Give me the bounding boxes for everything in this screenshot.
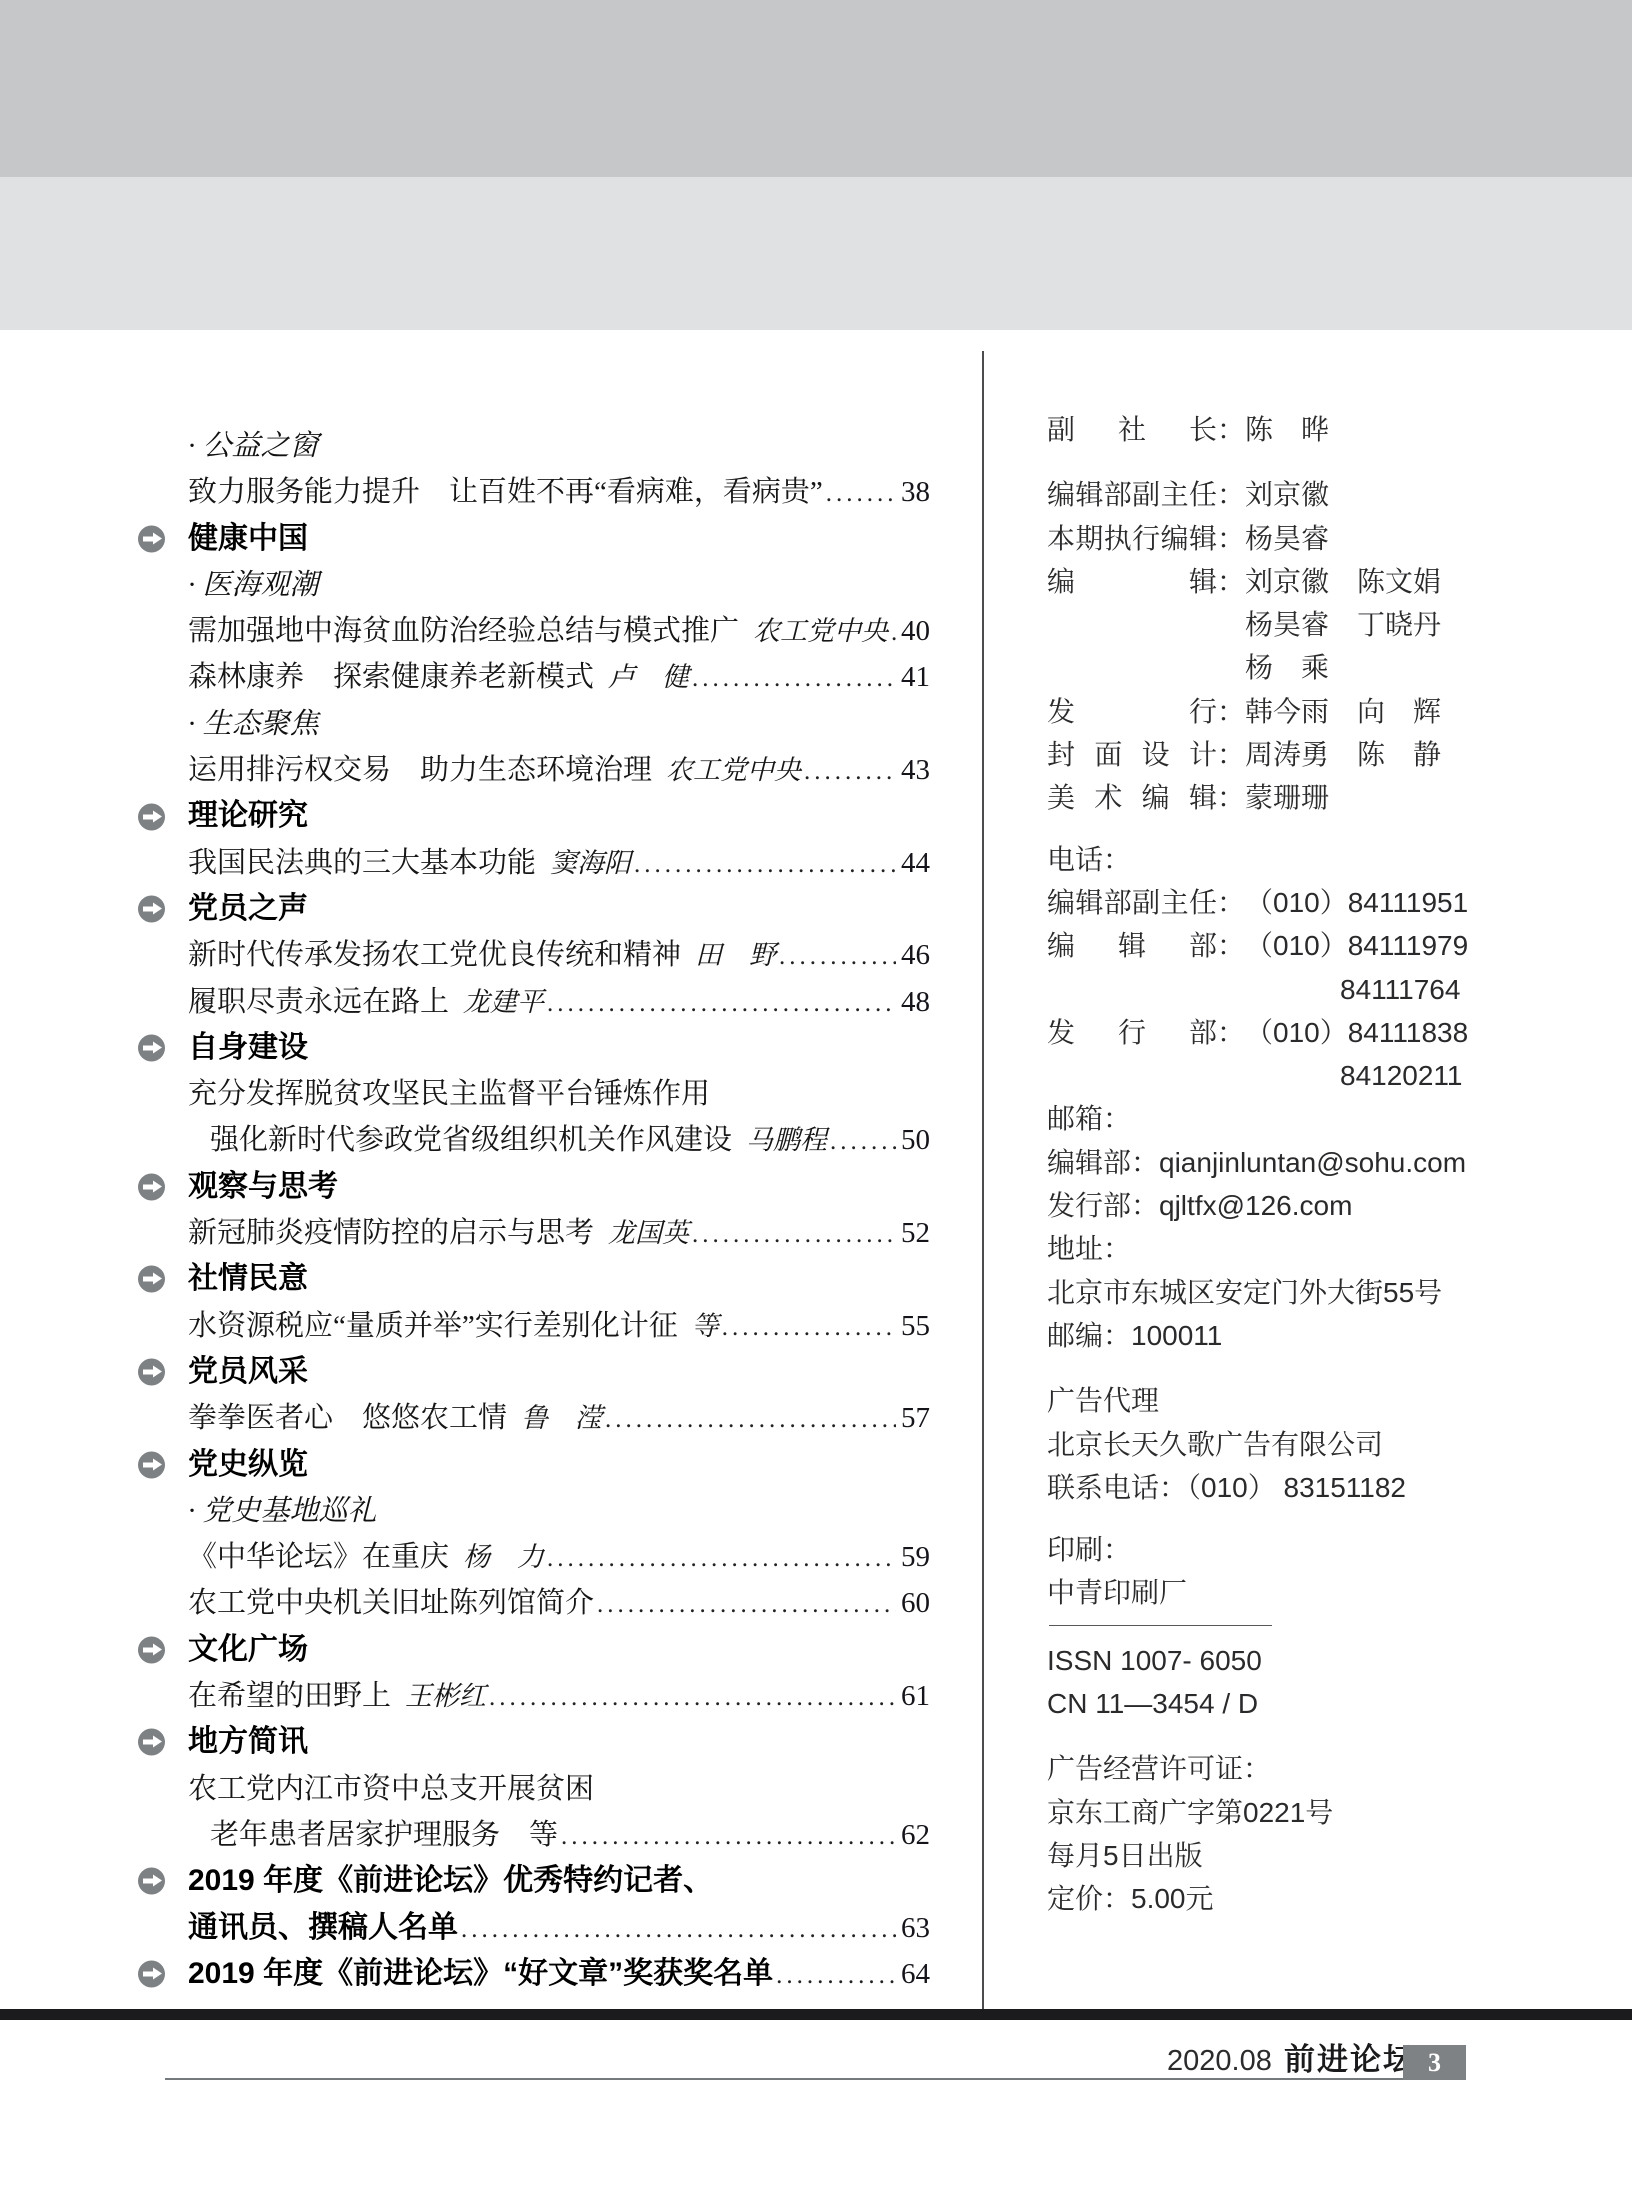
toc-article-title: 在希望的田野上 <box>188 1673 391 1719</box>
dot-leader <box>722 1305 896 1351</box>
toc-section-title: 社情民意 <box>188 1256 308 1302</box>
toc-article-author: 王彬红 <box>405 1673 486 1719</box>
toc-section-title: 党员风采 <box>188 1349 308 1395</box>
toc-row: 党员之声 <box>188 886 930 932</box>
toc-row: · 生态聚焦 <box>188 701 930 747</box>
masthead-line: ISSN 1007- 6050 <box>1047 1639 1607 1682</box>
masthead-line: 电话： <box>1047 838 1607 881</box>
toc-article-author: 龙建平 <box>463 979 544 1025</box>
toc-page-number: 48 <box>901 979 930 1025</box>
toc-article-title: 履职尽责永远在路上 <box>188 979 449 1025</box>
toc-page-number: 44 <box>901 840 930 886</box>
dot-leader <box>826 471 896 517</box>
toc-row: 需加强地中海贫血防治经验总结与模式推广农工党中央40 <box>188 608 930 654</box>
masthead-value: 韩今雨 向 辉 <box>1245 690 1441 733</box>
toc-row: 通讯员、撰稿人名单63 <box>188 1905 930 1951</box>
toc-row: 在希望的田野上王彬红61 <box>188 1673 930 1719</box>
toc-article-title: 老年患者居家护理服务 等 <box>210 1812 558 1858</box>
spacer <box>1047 451 1607 473</box>
masthead-value: 陈 晔 <box>1245 408 1329 451</box>
arrow-right-circle-icon <box>138 1173 165 1200</box>
masthead-line: 编辑部：（010）84111979 <box>1047 924 1607 967</box>
masthead-line: 定价：5.00元 <box>1047 1877 1607 1920</box>
masthead-value: 周涛勇 陈 静 <box>1245 733 1441 776</box>
dot-leader <box>830 1119 896 1165</box>
masthead-line: 杨昊睿 丁晓丹 <box>1047 603 1607 646</box>
dot-leader <box>605 1397 896 1443</box>
masthead-line: 本期执行编辑：杨昊睿 <box>1047 517 1607 560</box>
arrow-right-circle-icon <box>138 803 165 830</box>
masthead-value: （010）84111951 <box>1245 881 1468 924</box>
masthead-value: 刘京徽 陈文娟 <box>1245 560 1441 603</box>
spacer <box>1047 1509 1607 1528</box>
masthead-line: 美术编辑：蒙珊珊 <box>1047 776 1607 819</box>
footer-issue-date: 2020.08 <box>1167 2044 1272 2078</box>
toc-row: · 医海观潮 <box>188 562 930 608</box>
masthead-value: 蒙珊珊 <box>1245 776 1329 819</box>
masthead-label: 本期执行编辑 <box>1047 517 1217 560</box>
toc-row: 水资源税应“量质并举”实行差别化计征等55 <box>188 1303 930 1349</box>
spacer <box>1047 1357 1607 1379</box>
arrow-right-circle-icon <box>138 1868 165 1895</box>
toc-article-author: 等 <box>692 1303 719 1349</box>
toc-article-title: 农工党内江市资中总支开展贫困 <box>188 1766 594 1812</box>
toc-section-title: 自身建设 <box>188 1025 308 1071</box>
toc-page-number: 59 <box>901 1534 930 1580</box>
masthead-line: 84111764 <box>1047 968 1607 1011</box>
toc-article-author: 农工党中央 <box>753 608 888 654</box>
dot-leader <box>804 749 896 795</box>
masthead-value: （010）84111979 <box>1245 924 1468 967</box>
toc-section-title: 通讯员、撰稿人名单 <box>188 1905 458 1951</box>
toc-row: 拳拳医者心 悠悠农工情鲁 滢57 <box>188 1395 930 1441</box>
arrow-right-circle-icon <box>138 1729 165 1756</box>
masthead-line: 中青印刷厂 <box>1047 1571 1607 1614</box>
footer-rule <box>165 2078 1403 2080</box>
magazine-toc-page: · 公益之窗致力服务能力提升 让百姓不再“看病难，看病贵”38健康中国· 医海观… <box>0 0 1632 2199</box>
masthead-line: 邮箱： <box>1047 1097 1607 1140</box>
masthead-label: 编辑 <box>1047 560 1217 603</box>
masthead-label: 编辑部 <box>1047 924 1217 967</box>
masthead: 副社长：陈 晔编辑部副主任：刘京徽本期执行编辑：杨昊睿编辑：刘京徽 陈文娟杨昊睿… <box>1047 408 1607 1921</box>
arrow-right-circle-icon <box>138 1636 165 1663</box>
masthead-line: CN 11—3454 / D <box>1047 1682 1607 1725</box>
dot-leader <box>547 981 896 1027</box>
masthead-line: 每月5日出版 <box>1047 1834 1607 1877</box>
colon: ： <box>1217 408 1245 451</box>
toc-row: 党史纵览 <box>188 1442 930 1488</box>
toc-row: 理论研究 <box>188 793 930 839</box>
toc-article-author: 窦海阳 <box>550 840 631 886</box>
masthead-value: 杨昊睿 <box>1245 517 1329 560</box>
toc-page-number: 50 <box>901 1117 930 1163</box>
colon: ： <box>1217 1011 1245 1054</box>
toc-row: 2019 年度《前进论坛》优秀特约记者、 <box>188 1858 930 1904</box>
dot-leader <box>692 1212 896 1258</box>
dot-leader <box>779 934 896 980</box>
toc-page-number: 40 <box>901 608 930 654</box>
masthead-label: 副社长 <box>1047 408 1217 451</box>
masthead-line: 发行部：qjltfx@126.com <box>1047 1184 1607 1227</box>
toc-section-title: 观察与思考 <box>188 1164 338 1210</box>
toc-article-author: 鲁 滢 <box>521 1395 602 1441</box>
toc-subsection-title: · 生态聚焦 <box>188 701 319 747</box>
colon: ： <box>1217 881 1245 924</box>
toc-row: 老年患者居家护理服务 等62 <box>188 1812 930 1858</box>
masthead-label: 美术编辑 <box>1047 776 1217 819</box>
toc-article-author: 卢 健 <box>608 654 689 700</box>
toc-page-number: 60 <box>901 1580 930 1626</box>
masthead-line: 封面设计：周涛勇 陈 静 <box>1047 733 1607 776</box>
toc-article-title: 农工党中央机关旧址陈列馆简介 <box>188 1580 594 1626</box>
spacer <box>1047 820 1607 838</box>
toc-row: 森林康养 探索健康养老新模式卢 健41 <box>188 654 930 700</box>
masthead-line: 发行部：（010）84111838 <box>1047 1011 1607 1054</box>
masthead-line: 邮编：100011 <box>1047 1314 1607 1357</box>
colon: ： <box>1217 690 1245 733</box>
toc-row: 地方简讯 <box>188 1719 930 1765</box>
arrow-right-circle-icon <box>138 1035 165 1062</box>
masthead-line: 北京市东城区安定门外大街55号 <box>1047 1271 1607 1314</box>
toc-row: 党员风采 <box>188 1349 930 1395</box>
toc-article-title: 拳拳医者心 悠悠农工情 <box>188 1395 507 1441</box>
toc-row: 充分发挥脱贫攻坚民主监督平台锤炼作用 <box>188 1071 930 1117</box>
toc-row: 2019 年度《前进论坛》“好文章”奖获奖名单64 <box>188 1951 930 1997</box>
dot-leader <box>461 1907 896 1953</box>
toc-subsection-title: · 医海观潮 <box>188 562 319 608</box>
toc-page-number: 55 <box>901 1303 930 1349</box>
top-gray-band <box>0 0 1632 177</box>
masthead-rule <box>1049 1625 1272 1626</box>
toc-article-title: 强化新时代参政党省级组织机关作风建设 <box>210 1117 732 1163</box>
toc: · 公益之窗致力服务能力提升 让百姓不再“看病难，看病贵”38健康中国· 医海观… <box>188 423 930 1997</box>
masthead-line: 印刷： <box>1047 1528 1607 1571</box>
dot-leader <box>634 842 896 888</box>
toc-article-title: 新时代传承发扬农工党优良传统和精神 <box>188 932 681 978</box>
colon: ： <box>1217 776 1245 819</box>
toc-row: 履职尽责永远在路上龙建平48 <box>188 979 930 1025</box>
toc-article-title: 《中华论坛》在重庆 <box>188 1534 449 1580</box>
colon: ： <box>1217 733 1245 776</box>
toc-row: 自身建设 <box>188 1025 930 1071</box>
colon: ： <box>1217 924 1245 967</box>
dot-leader <box>489 1675 896 1721</box>
toc-article-author: 龙国英 <box>608 1210 689 1256</box>
toc-page-number: 57 <box>901 1395 930 1441</box>
toc-section-title: 地方简讯 <box>188 1719 308 1765</box>
masthead-line: 广告代理 <box>1047 1379 1607 1422</box>
toc-article-title: 充分发挥脱贫攻坚民主监督平台锤炼作用 <box>188 1071 710 1117</box>
toc-row: 《中华论坛》在重庆杨 力59 <box>188 1534 930 1580</box>
toc-section-title: 党史纵览 <box>188 1442 308 1488</box>
masthead-line: 广告经营许可证： <box>1047 1747 1607 1790</box>
masthead-label: 发行部 <box>1047 1011 1217 1054</box>
bottom-black-bar <box>0 2009 1632 2020</box>
toc-row: 新时代传承发扬农工党优良传统和精神田 野46 <box>188 932 930 978</box>
toc-page-number: 41 <box>901 654 930 700</box>
toc-subsection-title: · 党史基地巡礼 <box>188 1488 377 1534</box>
colon: ： <box>1217 517 1245 560</box>
toc-row: · 党史基地巡礼 <box>188 1488 930 1534</box>
masthead-line: 北京长天久歌广告有限公司 <box>1047 1423 1607 1466</box>
masthead-value: （010）84111838 <box>1245 1011 1468 1054</box>
masthead-line: 编辑部副主任：（010）84111951 <box>1047 881 1607 924</box>
toc-page-number: 62 <box>901 1812 930 1858</box>
footer-page-box: 3 <box>1403 2045 1466 2080</box>
toc-page-number: 38 <box>901 469 930 515</box>
toc-page-number: 46 <box>901 932 930 978</box>
arrow-right-circle-icon <box>138 1359 165 1386</box>
toc-row: 农工党中央机关旧址陈列馆简介60 <box>188 1580 930 1626</box>
masthead-line: 编辑部：qianjinluntan@sohu.com <box>1047 1141 1607 1184</box>
toc-row: 农工党内江市资中总支开展贫困 <box>188 1766 930 1812</box>
toc-row: 健康中国 <box>188 516 930 562</box>
toc-row: 致力服务能力提升 让百姓不再“看病难，看病贵”38 <box>188 469 930 515</box>
toc-section-title: 党员之声 <box>188 886 308 932</box>
toc-row: · 公益之窗 <box>188 423 930 469</box>
toc-section-title: 文化广场 <box>188 1627 308 1673</box>
toc-section-title: 理论研究 <box>188 793 308 839</box>
toc-article-author: 杨 力 <box>463 1534 544 1580</box>
masthead-line: 联系电话：（010） 83151182 <box>1047 1466 1607 1509</box>
arrow-right-circle-icon <box>138 896 165 923</box>
masthead-label: 发行 <box>1047 690 1217 733</box>
dot-leader <box>891 610 896 656</box>
toc-page-number: 43 <box>901 747 930 793</box>
toc-article-title: 水资源税应“量质并举”实行差别化计征 <box>188 1303 678 1349</box>
footer-page-number: 3 <box>1428 2048 1441 2078</box>
dot-leader <box>561 1814 896 1860</box>
toc-article-title: 需加强地中海贫血防治经验总结与模式推广 <box>188 608 739 654</box>
toc-article-title: 运用排污权交易 助力生态环境治理 <box>188 747 652 793</box>
toc-article-author: 田 野 <box>695 932 776 978</box>
toc-page-number: 64 <box>901 1951 930 1997</box>
toc-section-title: 2019 年度《前进论坛》“好文章”奖获奖名单 <box>188 1951 773 1997</box>
toc-row: 强化新时代参政党省级组织机关作风建设马鹏程50 <box>188 1117 930 1163</box>
toc-row: 运用排污权交易 助力生态环境治理农工党中央43 <box>188 747 930 793</box>
dot-leader <box>692 656 896 702</box>
footer-magazine-name: 前进论坛 <box>1284 2042 1416 2078</box>
toc-page-number: 63 <box>901 1905 930 1951</box>
masthead-value: 刘京徽 <box>1245 473 1329 516</box>
toc-subsection-title: · 公益之窗 <box>188 423 319 469</box>
spacer <box>1047 1725 1607 1747</box>
arrow-right-circle-icon <box>138 1266 165 1293</box>
dot-leader <box>776 1953 896 1999</box>
toc-row: 我国民法典的三大基本功能窦海阳44 <box>188 840 930 886</box>
toc-article-title: 新冠肺炎疫情防控的启示与思考 <box>188 1210 594 1256</box>
masthead-line: 副社长：陈 晔 <box>1047 408 1607 451</box>
toc-article-author: 农工党中央 <box>666 747 801 793</box>
toc-page-number: 61 <box>901 1673 930 1719</box>
masthead-line: 地址： <box>1047 1227 1607 1270</box>
toc-page-number: 52 <box>901 1210 930 1256</box>
toc-article-title: 森林康养 探索健康养老新模式 <box>188 654 594 700</box>
masthead-line: 杨 乘 <box>1047 646 1607 689</box>
masthead-line: 编辑：刘京徽 陈文娟 <box>1047 560 1607 603</box>
masthead-label: 编辑部副主任 <box>1047 473 1217 516</box>
masthead-line: 编辑部副主任：刘京徽 <box>1047 473 1607 516</box>
toc-article-title: 我国民法典的三大基本功能 <box>188 840 536 886</box>
masthead-label: 封面设计 <box>1047 733 1217 776</box>
masthead-line: 发行：韩今雨 向 辉 <box>1047 690 1607 733</box>
masthead-line: 京东工商广字第0221号 <box>1047 1791 1607 1834</box>
toc-row: 社情民意 <box>188 1256 930 1302</box>
arrow-right-circle-icon <box>138 1451 165 1478</box>
arrow-right-circle-icon <box>138 1960 165 1987</box>
sub-gray-band <box>0 177 1632 330</box>
toc-article-author: 马鹏程 <box>746 1117 827 1163</box>
toc-section-title: 2019 年度《前进论坛》优秀特约记者、 <box>188 1858 713 1904</box>
colon: ： <box>1217 560 1245 603</box>
dot-leader <box>547 1536 896 1582</box>
masthead-line: 84120211 <box>1047 1054 1607 1097</box>
masthead-label: 编辑部副主任 <box>1047 881 1217 924</box>
toc-row: 观察与思考 <box>188 1164 930 1210</box>
toc-section-title: 健康中国 <box>188 516 308 562</box>
toc-article-title: 致力服务能力提升 让百姓不再“看病难，看病贵” <box>188 469 823 515</box>
toc-row: 新冠肺炎疫情防控的启示与思考龙国英52 <box>188 1210 930 1256</box>
column-divider-line <box>982 351 984 2009</box>
arrow-right-circle-icon <box>138 525 165 552</box>
dot-leader <box>597 1582 896 1628</box>
toc-row: 文化广场 <box>188 1627 930 1673</box>
colon: ： <box>1217 473 1245 516</box>
